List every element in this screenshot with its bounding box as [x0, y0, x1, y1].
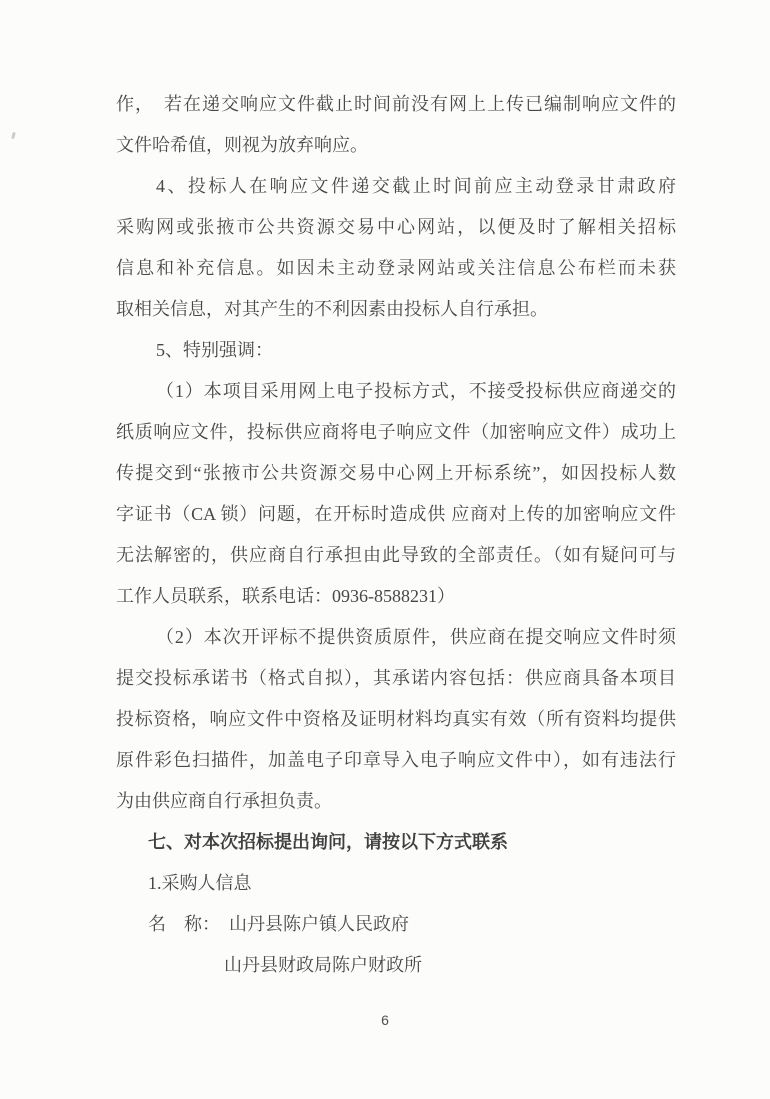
clause-4-line: 采购网或张掖市公共资源交易中心网站，以便及时了解相关招标: [116, 207, 676, 248]
document-body: 作， 若在递交响应文件截止时间前没有网上上传已编制响应文件的 文件哈希值，则视为…: [116, 84, 676, 986]
clause-5-item-1-line: （1）本项目采用网上电子投标方式，不接受投标供应商递交的: [116, 371, 676, 412]
page-number: 6: [381, 1012, 389, 1028]
clause-5-item-1-line: 纸质响应文件，投标供应商将电子响应文件（加密响应文件）成功上: [116, 412, 676, 453]
clause-5-heading: 5、特别强调：: [116, 330, 676, 371]
clause-5-item-1-line: 字证书（CA 锁）问题，在开标时造成供 应商对上传的加密响应文件: [116, 494, 676, 535]
purchaser-name-line: 山丹县财政局陈户财政所: [116, 945, 676, 986]
clause-5-item-1-line: 工作人员联系，联系电话：0936-8588231）: [116, 576, 676, 617]
purchaser-name-line: 名 称： 山丹县陈户镇人民政府: [116, 904, 676, 945]
scan-artifact: [11, 132, 16, 140]
clause-5-item-2-line: 投标资格，响应文件中资格及证明材料均真实有效（所有资料均提供: [116, 699, 676, 740]
clause-5-item-2-line: （2）本次开评标不提供资质原件，供应商在提交响应文件时须: [116, 617, 676, 658]
purchaser-info-label: 1.采购人信息: [116, 863, 676, 904]
clause-5-item-2-line: 为由供应商自行承担负责。: [116, 781, 676, 822]
clause-5-item-1-line: 传提交到“张掖市公共资源交易中心网上开标系统”，如因投标人数: [116, 453, 676, 494]
clause-4-line: 取相关信息，对其产生的不利因素由投标人自行承担。: [116, 289, 676, 330]
section-7-heading: 七、对本次招标提出询问，请按以下方式联系: [116, 822, 676, 863]
document-page: 作， 若在递交响应文件截止时间前没有网上上传已编制响应文件的 文件哈希值，则视为…: [0, 0, 770, 1099]
clause-5-item-2-line: 原件彩色扫描件，加盖电子印章导入电子响应文件中），如有违法行: [116, 740, 676, 781]
body-line: 文件哈希值，则视为放弃响应。: [116, 125, 676, 166]
clause-4-line: 信息和补充信息。如因未主动登录网站或关注信息公布栏而未获: [116, 248, 676, 289]
body-line: 作， 若在递交响应文件截止时间前没有网上上传已编制响应文件的: [116, 84, 676, 125]
clause-4-line: 4、投标人在响应文件递交截止时间前应主动登录甘肃政府: [116, 166, 676, 207]
clause-5-item-2-line: 提交投标承诺书（格式自拟），其承诺内容包括：供应商具备本项目: [116, 658, 676, 699]
clause-5-item-1-line: 无法解密的，供应商自行承担由此导致的全部责任。（如有疑问可与: [116, 535, 676, 576]
page-footer: 6: [0, 1012, 770, 1028]
